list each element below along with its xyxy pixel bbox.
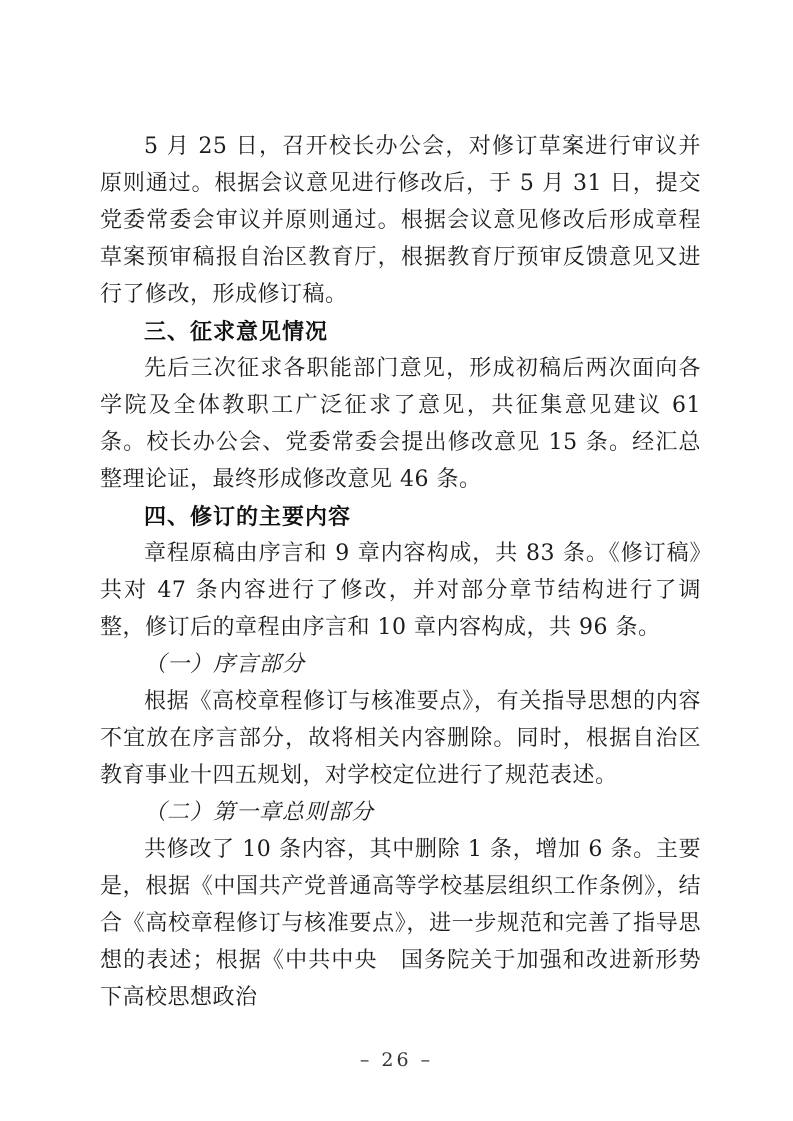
page-footer: – 26 – (0, 1049, 793, 1071)
body-paragraph: 根据《高校章程修订与核准要点》，有关指导思想的内容不宜放在序言部分，故将相关内容… (100, 683, 701, 794)
section-heading-soliciting-opinions: 三、征求意见情况 (100, 313, 701, 350)
subsection-heading-preamble: （一）序言部分 (100, 646, 701, 683)
section-heading-main-revisions: 四、修订的主要内容 (100, 498, 701, 535)
body-paragraph: 章程原稿由序言和 9 章内容构成，共 83 条。《修订稿》共对 47 条内容进行… (100, 535, 701, 646)
subsection-heading-chapter-one: （二）第一章总则部分 (100, 794, 701, 831)
body-paragraph: 先后三次征求各职能部门意见，形成初稿后两次面向各学院及全体教职工广泛征求了意见，… (100, 350, 701, 498)
body-paragraph: 共修改了 10 条内容，其中删除 1 条，增加 6 条。主要是，根据《中国共产党… (100, 831, 701, 1016)
page-number: – 26 – (360, 1049, 433, 1071)
body-paragraph: 5 月 25 日，召开校长办公会，对修订草案进行审议并原则通过。根据会议意见进行… (100, 128, 701, 313)
document-page: 5 月 25 日，召开校长办公会，对修订草案进行审议并原则通过。根据会议意见进行… (0, 0, 793, 1121)
document-body: 5 月 25 日，召开校长办公会，对修订草案进行审议并原则通过。根据会议意见进行… (100, 128, 701, 1016)
